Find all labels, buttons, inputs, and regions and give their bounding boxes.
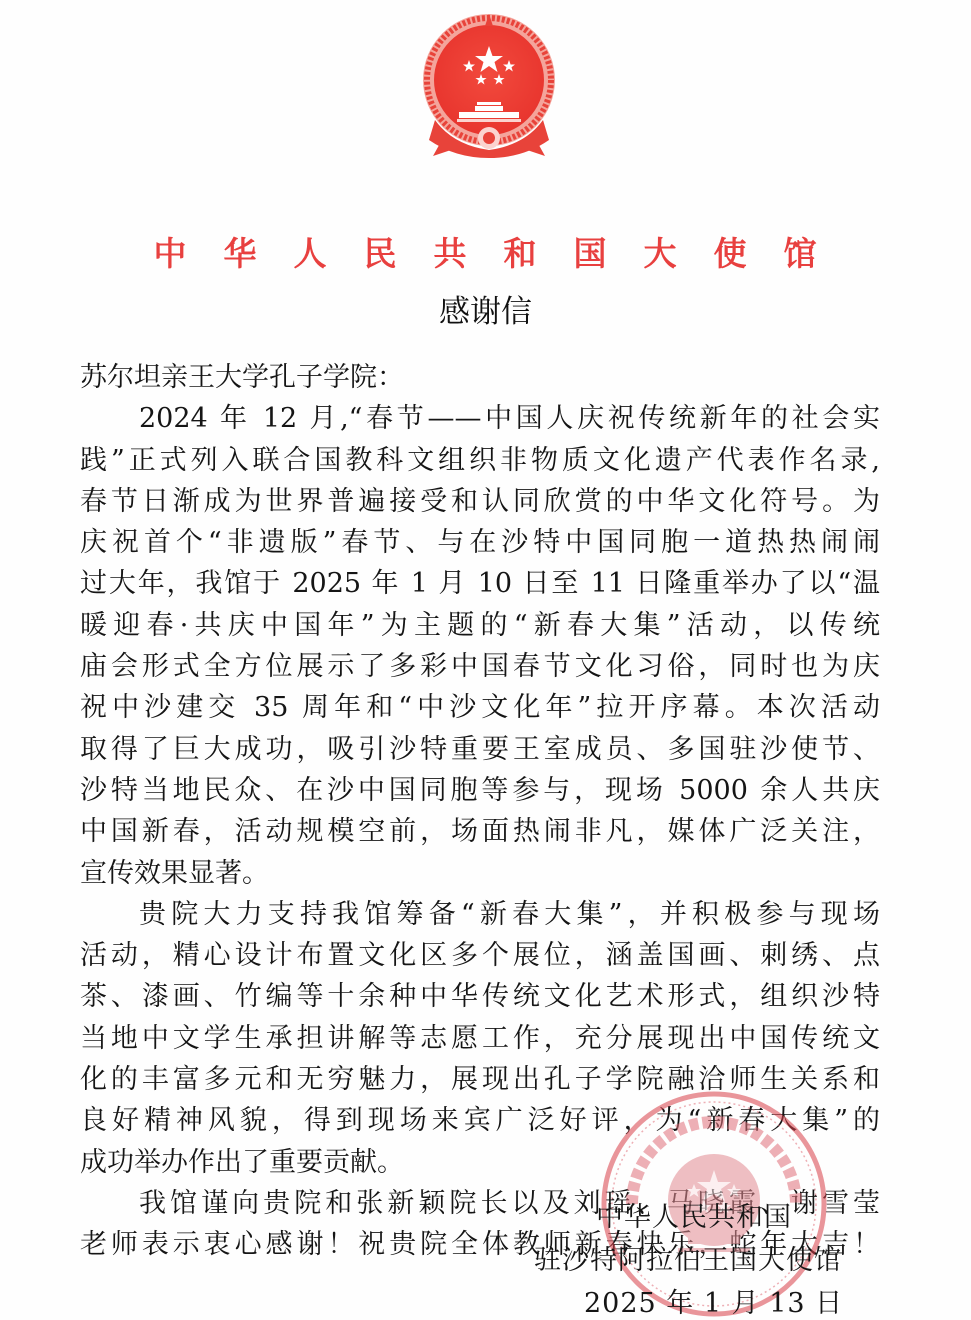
embassy-name-char: 人: [290, 228, 330, 275]
embassy-name: 中 华 人 民 共 和 国 大 使 馆: [150, 226, 820, 276]
paragraph-line: 暖迎春·共庆中国年”为主题的“新春大集”活动，以传统: [80, 605, 880, 646]
embassy-name-char: 大: [640, 228, 680, 275]
letter-page: 中 华 人 民 共 和 国 大 使 馆 感谢信 苏尔坦亲王大学孔子学院： 202…: [0, 0, 971, 1320]
signature-embassy: 驻沙特阿拉伯王国大使馆: [534, 1238, 842, 1277]
salutation: 苏尔坦亲王大学孔子学院：: [80, 357, 880, 398]
embassy-name-char: 民: [360, 228, 400, 275]
embassy-name-char: 中: [150, 228, 190, 275]
embassy-name-char: 使: [710, 228, 750, 275]
paragraph-line: 良好精神风貌，得到现场来宾广泛好评，为“新春大集”的: [80, 1100, 880, 1141]
embassy-name-char: 和: [500, 228, 540, 275]
paragraph-line: 祝中沙建交 35 周年和“中沙文化年”拉开序幕。本次活动: [80, 687, 880, 728]
embassy-name-char: 馆: [780, 228, 820, 275]
embassy-name-char: 华: [220, 228, 260, 275]
signature-country: 中华人民共和国: [596, 1195, 792, 1234]
paragraph-line: 沙特当地民众、在沙中国同胞等参与，现场 5000 余人共庆: [80, 770, 880, 811]
paragraph-line: 贵院大力支持我馆筹备“新春大集”，并积极参与现场: [80, 894, 880, 935]
paragraph-line: 中国新春，活动规模空前，场面热闹非凡，媒体广泛关注，: [80, 811, 880, 852]
paragraph-line: 宣传效果显著。: [80, 853, 880, 894]
paragraph-line: 茶、漆画、竹编等十余种中华传统文化艺术形式，组织沙特: [80, 976, 880, 1017]
embassy-name-char: 国: [570, 228, 610, 275]
paragraph-line: 化的丰富多元和无穷魅力，展现出孔子学院融洽师生关系和: [80, 1059, 880, 1100]
paragraph-line: 过大年，我馆于 2025 年 1 月 10 日至 11 日隆重举办了以“温: [80, 563, 880, 604]
signature-date: 2025 年 1 月 13 日: [584, 1281, 843, 1320]
paragraph-line: 当地中文学生承担讲解等志愿工作，充分展现出中国传统文: [80, 1018, 880, 1059]
paragraph-line: 庆祝首个“非遗版”春节、与在沙特中国同胞一道热热闹闹: [80, 522, 880, 563]
paragraph-line: 践”正式列入联合国教科文组织非物质文化遗产代表作名录,: [80, 440, 880, 481]
paragraph-line: 2024 年 12 月,“春节——中国人庆祝传统新年的社会实: [80, 398, 880, 439]
letter-body: 苏尔坦亲王大学孔子学院： 2024 年 12 月,“春节——中国人庆祝传统新年的…: [80, 357, 880, 1266]
paragraph-line: 活动，精心设计布置文化区多个展位，涵盖国画、刺绣、点: [80, 935, 880, 976]
paragraph-line: 成功举办作出了重要贡献。: [80, 1142, 880, 1183]
embassy-name-char: 共: [430, 228, 470, 275]
paragraph-line: 春节日渐成为世界普遍接受和认同欣赏的中华文化符号。为: [80, 481, 880, 522]
document-title: 感谢信: [0, 286, 971, 331]
national-emblem-icon: [413, 10, 565, 160]
paragraph-line: 庙会形式全方位展示了多彩中国春节文化习俗，同时也为庆: [80, 646, 880, 687]
paragraph-line: 取得了巨大成功，吸引沙特重要王室成员、多国驻沙使节、: [80, 729, 880, 770]
